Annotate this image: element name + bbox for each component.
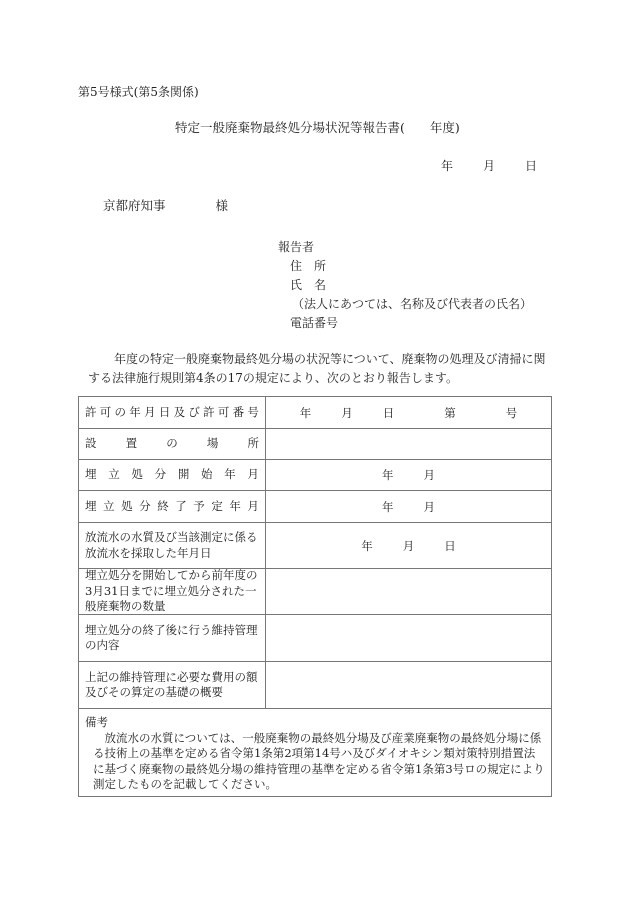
label-char: 及	[174, 405, 186, 421]
label-char: 開	[178, 467, 190, 483]
table-row-maintenance-content: 埋立処分の終了後に行う維持管理の内容	[79, 615, 551, 662]
end-date-value-cell[interactable]: 年 月	[266, 491, 551, 522]
row-label-text: 埋立処分開始年月	[85, 467, 259, 483]
date-day-label: 日	[525, 160, 537, 172]
maintenance-content-value-cell[interactable]	[266, 615, 551, 661]
reporter-label: 報告者	[278, 238, 532, 257]
intro-paragraph: 年度の特定一般廃棄物最終処分場の状況等について、廃棄物の処理及び清掃に関 する法…	[78, 350, 558, 388]
label-char: 月	[247, 467, 259, 483]
year-label: 年	[361, 538, 373, 554]
month-label: 月	[403, 538, 415, 554]
date-month-label: 月	[483, 160, 495, 172]
month-label: 月	[424, 467, 436, 483]
reporter-name-label: 氏 名	[278, 276, 532, 295]
label-char: 許	[85, 405, 97, 421]
label-char: 場	[207, 436, 219, 452]
addressee: 京都府知事 様	[103, 200, 228, 213]
label-char: 年	[129, 405, 141, 421]
label-char: の	[115, 405, 127, 421]
year-label: 年	[300, 405, 312, 421]
label-char: 番	[233, 405, 245, 421]
month-label: 月	[424, 499, 436, 515]
table-row-start-date: 埋立処分開始年月 年 月	[79, 460, 551, 491]
location-value-cell[interactable]	[266, 429, 551, 459]
label-char: 埋	[85, 499, 97, 515]
label-char: 埋	[85, 467, 97, 483]
row-label: 放流水の水質及び当該測定に係る放流水を採取した年月日	[79, 523, 266, 568]
reporter-phone-label: 電話番号	[278, 314, 532, 333]
table-row-maintenance-cost: 上記の維持管理に必要な費用の額及びその算定の基礎の概要	[79, 662, 551, 709]
row-label-text: 設置の場所	[85, 436, 259, 452]
label-char: 処	[121, 499, 133, 515]
permit-value-cell[interactable]: 年 月 日 第 号	[266, 397, 551, 428]
label-char: 可	[218, 405, 230, 421]
row-label: 埋立処分の終了後に行う維持管理の内容	[79, 615, 266, 661]
report-table: 許可の年月日及び許可番号 年 月 日 第 号 設置の場所 埋立処分開始年月 年 …	[78, 396, 552, 797]
start-date-value-cell[interactable]: 年 月	[266, 460, 551, 490]
intro-line-2: する法律施行規則第4条の17の規定により、次のとおり報告します。	[78, 369, 558, 388]
reporter-name-note: （法人にあつては、名称及び代表者の氏名）	[278, 295, 532, 314]
table-row-permit: 許可の年月日及び許可番号 年 月 日 第 号	[79, 397, 551, 429]
intro-line-1: 年度の特定一般廃棄物最終処分場の状況等について、廃棄物の処理及び清掃に関	[78, 350, 558, 369]
label-char: 分	[155, 467, 167, 483]
maintenance-cost-value-cell[interactable]	[266, 662, 551, 708]
notes-body: 放流水の水質については、一般廃棄物の最終処分場及び産業廃棄物の最終処分場に係る技…	[85, 731, 545, 793]
label-char: 設	[85, 436, 97, 452]
label-char: 年	[224, 467, 236, 483]
row-label: 埋立処分を開始してから前年度の3月31日までに埋立処分された一般廃棄物の数量	[79, 569, 266, 614]
label-char: 立	[103, 499, 115, 515]
label-char: 年	[229, 499, 241, 515]
month-label: 月	[341, 405, 353, 421]
table-row-end-date: 埋立処分終了予定年月 年 月	[79, 491, 551, 523]
number-prefix-label: 第	[444, 405, 456, 421]
document-title: 特定一般廃棄物最終処分場状況等報告書( 年度)	[175, 122, 460, 135]
table-row-waste-quantity: 埋立処分を開始してから前年度の3月31日までに埋立処分された一般廃棄物の数量	[79, 569, 551, 615]
day-label: 日	[383, 405, 395, 421]
reporter-address-label: 住 所	[278, 257, 532, 276]
label-char: 終	[157, 499, 169, 515]
label-char: 始	[201, 467, 213, 483]
label-char: 分	[139, 499, 151, 515]
table-row-location: 設置の場所	[79, 429, 551, 460]
notes-title: 備考	[85, 715, 545, 731]
row-label: 設置の場所	[79, 429, 266, 459]
label-char: 置	[126, 436, 138, 452]
label-char: の	[166, 436, 178, 452]
label-char: 月	[144, 405, 156, 421]
notes-section: 備考 放流水の水質については、一般廃棄物の最終処分場及び産業廃棄物の最終処分場に…	[79, 709, 551, 796]
label-char: 号	[247, 405, 259, 421]
form-number: 第5号様式(第5条関係)	[78, 86, 199, 98]
day-label: 日	[444, 538, 456, 554]
label-char: 可	[100, 405, 112, 421]
label-char: び	[188, 405, 200, 421]
row-label: 埋立処分開始年月	[79, 460, 266, 490]
row-label: 許可の年月日及び許可番号	[79, 397, 266, 428]
report-date: 年月日	[441, 160, 537, 172]
date-year-label: 年	[441, 160, 453, 172]
label-char: 所	[248, 436, 260, 452]
year-label: 年	[382, 467, 394, 483]
row-label: 埋立処分終了予定年月	[79, 491, 266, 522]
table-row-sampling-date: 放流水の水質及び当該測定に係る放流水を採取した年月日 年 月 日	[79, 523, 551, 569]
label-char: 了	[175, 499, 187, 515]
label-char: 月	[247, 499, 259, 515]
label-char: 立	[108, 467, 120, 483]
sampling-date-value-cell[interactable]: 年 月 日	[266, 523, 551, 568]
label-char: 許	[203, 405, 215, 421]
year-label: 年	[382, 499, 394, 515]
row-label-text: 許可の年月日及び許可番号	[85, 405, 259, 421]
waste-quantity-value-cell[interactable]	[266, 569, 551, 614]
row-label: 上記の維持管理に必要な費用の額及びその算定の基礎の概要	[79, 662, 266, 708]
row-label-text: 埋立処分終了予定年月	[85, 499, 259, 515]
label-char: 処	[131, 467, 143, 483]
label-char: 予	[193, 499, 205, 515]
label-char: 定	[211, 499, 223, 515]
number-suffix-label: 号	[506, 405, 518, 421]
reporter-block: 報告者 住 所 氏 名 （法人にあつては、名称及び代表者の氏名） 電話番号	[278, 238, 532, 333]
label-char: 日	[159, 405, 171, 421]
